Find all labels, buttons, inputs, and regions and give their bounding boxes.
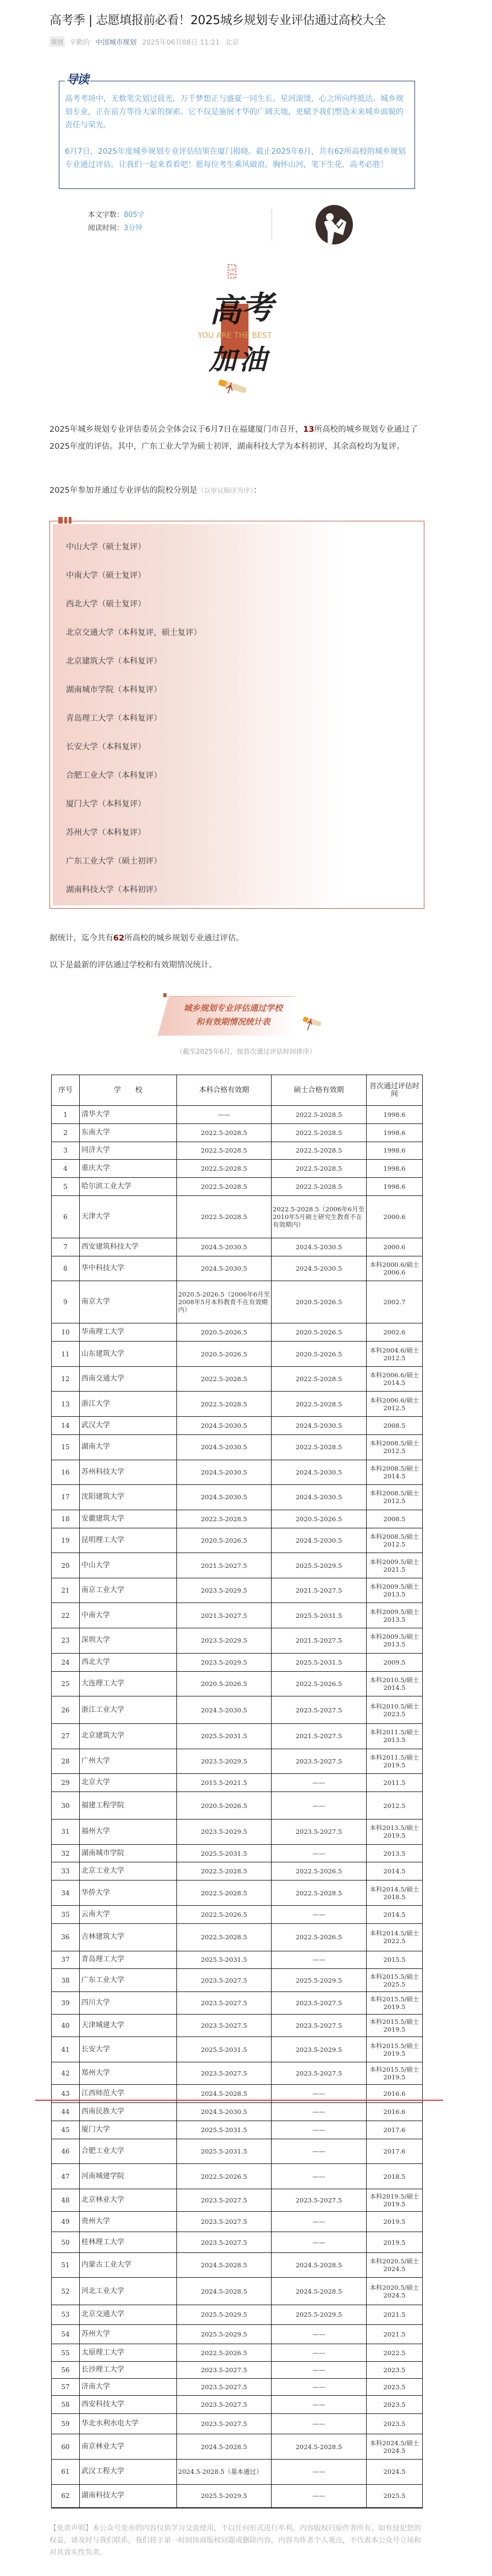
cell-first-pass: 2023.5 [367, 2396, 423, 2414]
cell-undergrad-validity: 2023.5-2029.5 [177, 1653, 272, 1671]
cell-undergrad-validity: 2020.5-2026.5（2006年6月至2008年5月本科教育不在有效期内） [177, 1281, 272, 1323]
cell-index: 2 [52, 1123, 80, 1142]
cell-first-pass: 2021.5 [367, 2305, 423, 2325]
cell-first-pass: 本科2020.5/硕士2024.5 [367, 2278, 423, 2305]
table-row: 54苏州大学2025.5-2029.5——2021.5 [52, 2324, 423, 2344]
table-caption: （截至2025年6月，按首次通过评估时间排序） [0, 1046, 492, 1057]
cell-master-validity: —— [272, 2459, 367, 2484]
table-row: 32湖南城市学院2025.5-2031.5——2013.5 [52, 1844, 423, 1862]
cell-first-pass: 2017.6 [367, 2139, 423, 2164]
stats-divider [272, 210, 272, 241]
cell-index: 1 [52, 1106, 80, 1124]
table-row: 8华中科技大学2024.5-2030.52024.5-2030.5本科2000.… [52, 1256, 423, 1281]
cell-index: 59 [52, 2414, 80, 2434]
cell-school: 济南大学 [80, 2379, 177, 2396]
cell-index: 10 [52, 1323, 80, 1342]
table-row: 3同济大学2022.5-2028.52022.5-2028.51998.6 [52, 1142, 423, 1160]
table-row: 35云南大学2022.5-2026.5——2014.5 [52, 1905, 423, 1923]
cell-school: 天津大学 [80, 1195, 177, 1238]
reading-stats: 本文字数：805字 阅读时间：3分钟 [88, 209, 145, 235]
list-item: 北京交通大学（本科复评，硕士复评） [66, 620, 421, 648]
table-row: 11山东建筑大学2020.5-2026.52020.5-2026.5本科2004… [52, 1342, 423, 1367]
cell-index: 44 [52, 2103, 80, 2121]
cell-school: 北京工业大学 [80, 1862, 177, 1880]
cell-master-validity: 2024.5-2030.5 [272, 1485, 367, 1510]
table-row: 49贵州大学2023.5-2027.5——2019.5 [52, 2212, 423, 2232]
cell-master-validity: 2024.5-2030.5 [272, 1238, 367, 1256]
table-row: 31福州大学2023.5-2029.52023.5-2027.5本科2013.5… [52, 1819, 423, 1844]
scroll-icon [302, 1010, 325, 1037]
cell-first-pass: 本科2014.5/硕士2018.5 [367, 1880, 423, 1906]
cell-first-pass: 本科2015.5/硕士2019.5 [367, 1991, 423, 2014]
banner-line-2: 和有效期情况统计表 [164, 1016, 302, 1028]
cell-first-pass: 1998.6 [367, 1142, 423, 1160]
cell-master-validity: 2025.5-2031.5 [272, 1603, 367, 1628]
cell-undergrad-validity: 2024.5-2028.5 [177, 2252, 272, 2278]
table-row: 13浙江大学2022.5-2028.52022.5-2028.5本科2006.6… [52, 1392, 423, 1417]
table-row: 46合肥工业大学2025.5-2031.5——2017.6 [52, 2139, 423, 2164]
reading-person-icon [314, 205, 354, 244]
cell-index: 26 [52, 1696, 80, 1724]
cell-first-pass: 本科2008.5/硕士2012.5 [367, 1485, 423, 1510]
cell-first-pass: 2012.5 [367, 1792, 423, 1820]
cell-first-pass: 本科2015.5/硕士2019.5 [367, 2062, 423, 2085]
table-row: 34华侨大学2022.5-2028.52022.5-2028.5本科2014.5… [52, 1880, 423, 1906]
cell-undergrad-validity: 2023.5-2027.5 [177, 2361, 272, 2378]
cell-first-pass: 本科2009.5/硕士2013.5 [367, 1628, 423, 1654]
cell-first-pass: 2022.5 [367, 2344, 423, 2361]
table-row: 21南京工业大学2023.5-2029.52021.5-2027.5本科2009… [52, 1578, 423, 1603]
cell-school: 武汉工程大学 [80, 2459, 177, 2484]
cell-school: 河南城建学院 [80, 2164, 177, 2189]
cell-undergrad-validity: 2020.5-2026.5 [177, 1323, 272, 1342]
cell-school: 天津城建大学 [80, 2015, 177, 2037]
table-intro: 以下是最新的评估通过学校和有效期情况统计。 [49, 957, 424, 974]
cell-undergrad-validity: —— [177, 1106, 272, 1124]
cell-school: 北京建筑大学 [80, 1724, 177, 1749]
cell-index: 30 [52, 1792, 80, 1820]
cell-first-pass: 本科2011.5/硕士2019.5 [367, 1749, 423, 1774]
table-row: 44西南民族大学2024.5-2030.5——2016.6 [52, 2103, 423, 2121]
cell-index: 47 [52, 2164, 80, 2189]
table-row: 20中山大学2021.5-2027.52025.5-2029.5本科2009.5… [52, 1553, 423, 1578]
table-row: 61武汉工程大学2024.5-2028.5（基本通过）——2024.5 [52, 2459, 423, 2484]
cell-school: 郑州大学 [80, 2062, 177, 2085]
table-row: 15湖南大学2024.5-2030.52022.5-2028.5本科2008.5… [52, 1434, 423, 1460]
cell-master-validity: —— [272, 2324, 367, 2344]
table-row: 30福建工程学院2020.5-2026.5——2012.5 [52, 1792, 423, 1820]
guide-paragraph: 6月7日，2025年度城乡规划专业评估结果在厦门揭晓。截止2025年6月，共有6… [65, 145, 409, 171]
highlight-total: 62 [113, 934, 124, 943]
cell-master-validity: —— [272, 2414, 367, 2434]
cell-school: 昆明理工大学 [80, 1528, 177, 1553]
svg-text:油: 油 [239, 343, 270, 376]
cell-first-pass: 本科2006.6/硕士2012.5 [367, 1392, 423, 1417]
cell-undergrad-validity: 2022.5-2028.5 [177, 1178, 272, 1196]
table-row: 50桂林理工大学2023.5-2027.5——2019.5 [52, 2232, 423, 2252]
table-row: 45厦门大学2025.5-2031.5——2017.6 [52, 2121, 423, 2139]
cell-index: 18 [52, 1510, 80, 1528]
cell-school: 华北水利水电大学 [80, 2414, 177, 2434]
cell-school: 河北工业大学 [80, 2278, 177, 2305]
cell-index: 55 [52, 2344, 80, 2361]
svg-text:YOU ARE THE BEST: YOU ARE THE BEST [197, 331, 272, 340]
table-row: 60南京林业大学2024.5-2028.52024.5-2028.5本科2024… [52, 2434, 423, 2460]
cell-school: 云南大学 [80, 1905, 177, 1923]
cell-master-validity: 2022.5-2026.5 [272, 1862, 367, 1880]
col-header-undergrad: 本科合格有效期 [177, 1075, 272, 1106]
cell-school: 苏州大学 [80, 2324, 177, 2344]
cell-index: 39 [52, 1991, 80, 2014]
table-row: 7西安建筑科技大学2024.5-2030.52024.5-2030.52000.… [52, 1238, 423, 1256]
cell-first-pass: 1998.6 [367, 1178, 423, 1196]
table-row: 40天津城建大学2023.5-2027.52023.5-2027.5本科2015… [52, 2015, 423, 2037]
cell-first-pass: 本科2013.5/硕士2019.5 [367, 1819, 423, 1844]
col-header-first-pass: 首次通过评估时间 [367, 1075, 423, 1106]
cell-master-validity: —— [272, 2396, 367, 2414]
table-row: 16苏州科技大学2024.5-2030.52024.5-2030.5本科2008… [52, 1460, 423, 1485]
table-row: 59华北水利水电大学2023.5-2027.5——2023.5 [52, 2414, 423, 2434]
cell-master-validity: 2024.5-2028.5 [272, 2252, 367, 2278]
cell-undergrad-validity: 2022.5-2028.5 [177, 1880, 272, 1906]
cell-index: 19 [52, 1528, 80, 1553]
cell-school: 北京交通大学 [80, 2305, 177, 2325]
cell-school: 四川大学 [80, 1991, 177, 2014]
cell-master-validity: 2022.5-2028.5 [272, 1392, 367, 1417]
table-row: 29北京大学2015.5-2021.5——2011.5 [52, 1774, 423, 1792]
cell-undergrad-validity: 2020.5-2026.5 [177, 1528, 272, 1553]
cell-first-pass: 2015.5 [367, 1951, 423, 1969]
table-row: 58西安科技大学2023.5-2027.5——2023.5 [52, 2396, 423, 2414]
author-name: 辛勤的 [69, 37, 90, 47]
cell-master-validity: 2022.5-2028.5 [272, 1366, 367, 1392]
list-item: 湖南科技大学（本科初评） [66, 877, 421, 905]
cell-school: 哈尔滨工业大学 [80, 1178, 177, 1196]
cell-undergrad-validity: 2024.5-2030.5 [177, 1485, 272, 1510]
cell-school: 苏州科技大学 [80, 1460, 177, 1485]
cell-undergrad-validity: 2024.5-2030.5 [177, 2103, 272, 2121]
cell-index: 15 [52, 1434, 80, 1460]
cell-undergrad-validity: 2022.5-2028.5 [177, 1195, 272, 1238]
cell-index: 7 [52, 1238, 80, 1256]
cell-first-pass: 2000.6 [367, 1195, 423, 1238]
cell-school: 内蒙古工业大学 [80, 2252, 177, 2278]
table-row: 9南京大学2020.5-2026.5（2006年6月至2008年5月本科教育不在… [52, 1281, 423, 1323]
cell-undergrad-validity: 2025.5-2029.5 [177, 2484, 272, 2508]
table-row: 12西南交通大学2022.5-2028.52022.5-2028.5本科2006… [52, 1366, 423, 1392]
cell-school: 西南民族大学 [80, 2103, 177, 2121]
cell-undergrad-validity: 2022.5-2028.5 [177, 1923, 272, 1951]
cell-first-pass: 本科2000.6/硕士2006.6 [367, 1256, 423, 1281]
cell-index: 4 [52, 1160, 80, 1178]
cell-undergrad-validity: 2023.5-2029.5 [177, 1749, 272, 1774]
svg-text:加: 加 [208, 343, 240, 376]
guide-box: 导读 高考考场中，无数笔尖划过晨光，万千梦想正与盛夏一同生长。星河滚烫，心之所向… [59, 81, 415, 189]
cell-undergrad-validity: 2023.5-2027.5 [177, 2212, 272, 2232]
cell-index: 50 [52, 2232, 80, 2252]
cell-first-pass: 本科2010.5/硕士2014.5 [367, 1671, 423, 1696]
cell-first-pass: 2011.5 [367, 1774, 423, 1792]
cell-index: 56 [52, 2361, 80, 2378]
article-title: 高考季 | 志愿填报前必看！2025城乡规划专业评估通过高校大全 [49, 12, 445, 30]
cell-undergrad-validity: 2022.5-2026.5 [177, 2164, 272, 2189]
cell-undergrad-validity: 2025.5-2029.5 [177, 2324, 272, 2344]
intro-paragraph: 2025年城乡规划专业评估委员会全体会议于6月7日在福建厦门市召开，13所高校的… [49, 421, 424, 455]
cell-first-pass: 2023.5 [367, 2379, 423, 2396]
table-body: 1清华大学——2022.5-2028.51998.62东南大学2022.5-20… [52, 1106, 423, 2508]
cell-index: 42 [52, 2062, 80, 2085]
read-time-row: 阅读时间：3分钟 [88, 222, 145, 235]
cell-master-validity: 2020.5-2026.5 [272, 1323, 367, 1342]
cell-first-pass: 2009.5 [367, 1653, 423, 1671]
cell-school: 华南理工大学 [80, 1323, 177, 1342]
col-header-school: 学 校 [80, 1075, 177, 1106]
hero-calligraphy-image: 心想 事成 高 考 YOU ARE THE BEST 加 油 [165, 264, 330, 401]
cell-index: 21 [52, 1578, 80, 1603]
table-row: 14武汉大学2024.5-2030.52024.5-2030.52008.5 [52, 1417, 423, 1435]
cell-index: 52 [52, 2278, 80, 2305]
cell-index: 23 [52, 1628, 80, 1654]
table-row: 52河北工业大学2024.5-2028.52024.5-2028.5本科2020… [52, 2278, 423, 2305]
list-item: 青岛理工大学（本科复评） [66, 705, 421, 734]
cell-first-pass: 本科2008.5/硕士2014.5 [367, 1460, 423, 1485]
cell-master-validity: 2023.5-2027.5 [272, 2015, 367, 2037]
cell-master-validity: 2022.5-2028.5 [272, 1123, 367, 1142]
cell-school: 重庆大学 [80, 1160, 177, 1178]
cell-master-validity: 2025.5-2029.5 [272, 2305, 367, 2325]
cell-master-validity: 2024.5-2030.5 [272, 1528, 367, 1553]
cell-index: 5 [52, 1178, 80, 1196]
cell-master-validity: 2022.5-2028.5 [272, 1106, 367, 1124]
cell-master-validity: —— [272, 2212, 367, 2232]
cell-first-pass: 2002.7 [367, 1281, 423, 1323]
cell-master-validity: —— [272, 2103, 367, 2121]
list-item: 中南大学（硕士复评） [66, 563, 421, 591]
cell-school: 大连理工大学 [80, 1671, 177, 1696]
list-item: 北京建筑大学（本科复评） [66, 648, 421, 677]
col-header-master: 硕士合格有效期 [272, 1075, 367, 1106]
cell-index: 38 [52, 1969, 80, 1991]
cell-master-validity: 2023.5-2027.5 [272, 1819, 367, 1844]
list-item: 合肥工业大学（本科复评） [66, 763, 421, 791]
cell-undergrad-validity: 2022.5-2028.5 [177, 1392, 272, 1417]
cell-first-pass: 本科2004.6/硕士2012.5 [367, 1342, 423, 1367]
cell-undergrad-validity: 2023.5-2027.5 [177, 2015, 272, 2037]
evaluation-table: 序号 学 校 本科合格有效期 硕士合格有效期 首次通过评估时间 1清华大学——2… [51, 1075, 423, 2508]
cell-index: 29 [52, 1774, 80, 1792]
cell-school: 武汉大学 [80, 1417, 177, 1435]
cell-undergrad-validity: 2025.5-2031.5 [177, 1844, 272, 1862]
cell-undergrad-validity: 2023.5-2029.5 [177, 1578, 272, 1603]
cell-undergrad-validity: 2025.5-2031.5 [177, 2037, 272, 2062]
cell-first-pass: 2023.5 [367, 2414, 423, 2434]
table-row: 28广州大学2023.5-2029.52023.5-2027.5本科2011.5… [52, 1749, 423, 1774]
red-annotation-line [35, 2100, 443, 2101]
cell-undergrad-validity: 2022.5-2028.5 [177, 1123, 272, 1142]
table-row: 27北京建筑大学2025.5-2031.52021.5-2027.5本科2011… [52, 1724, 423, 1749]
cell-school: 沈阳建筑大学 [80, 1485, 177, 1510]
cell-school: 合肥工业大学 [80, 2139, 177, 2164]
cell-master-validity: 2025.5-2029.5 [272, 1969, 367, 1991]
cell-school: 西安科技大学 [80, 2396, 177, 2414]
cell-school: 湖南城市学院 [80, 1844, 177, 1862]
cell-school: 贵州大学 [80, 2212, 177, 2232]
cell-school: 华中科技大学 [80, 1256, 177, 1281]
cell-undergrad-validity: 2024.5-2030.5 [177, 1460, 272, 1485]
cell-index: 37 [52, 1951, 80, 1969]
cell-master-validity: —— [272, 2484, 367, 2508]
cell-master-validity: —— [272, 2361, 367, 2378]
cell-master-validity: —— [272, 1844, 367, 1862]
cell-undergrad-validity: 2023.5-2027.5 [177, 2414, 272, 2434]
banner-line-1: 城乡规划专业评估通过学校 [164, 1002, 302, 1014]
cell-first-pass: 本科2010.5/硕士2023.5 [367, 1696, 423, 1724]
table-row: 10华南理工大学2020.5-2026.52020.5-2026.52002.6 [52, 1323, 423, 1342]
cell-school: 湖南科技大学 [80, 2484, 177, 2508]
cell-index: 58 [52, 2396, 80, 2414]
cell-undergrad-validity: 2024.5-2030.5 [177, 1434, 272, 1460]
cell-index: 40 [52, 2015, 80, 2037]
cell-undergrad-validity: 2025.5-2031.5 [177, 1951, 272, 1969]
highlight-count: 13 [303, 425, 314, 434]
cell-undergrad-validity: 2022.5-2028.5 [177, 1862, 272, 1880]
svg-text:心想: 心想 [229, 268, 235, 272]
cell-school: 安徽建筑大学 [80, 1510, 177, 1528]
cell-master-validity: —— [272, 2344, 367, 2361]
table-row: 47河南城建学院2022.5-2026.5——2018.5 [52, 2164, 423, 2189]
cell-first-pass: 本科2008.5/硕士2012.5 [367, 1434, 423, 1460]
cell-first-pass: 1998.6 [367, 1123, 423, 1142]
cell-master-validity: 2020.5-2026.5 [272, 1510, 367, 1528]
cell-index: 9 [52, 1281, 80, 1323]
cell-first-pass: 本科2011.5/硕士2013.5 [367, 1724, 423, 1749]
cell-school: 清华大学 [80, 1106, 177, 1124]
cell-school: 长沙理工大学 [80, 2361, 177, 2378]
cell-school: 中南大学 [80, 1603, 177, 1628]
table-title-banner: 城乡规划专业评估通过学校 和有效期情况统计表 [158, 992, 334, 1044]
cell-first-pass: 1998.6 [367, 1106, 423, 1124]
cell-master-validity: —— [272, 1792, 367, 1820]
cell-index: 41 [52, 2037, 80, 2062]
cell-master-validity: 2022.5-2026.5 [272, 1923, 367, 1951]
cell-undergrad-validity: 2023.5-2027.5 [177, 2232, 272, 2252]
cell-undergrad-validity: 2023.5-2027.5 [177, 2189, 272, 2212]
cell-index: 49 [52, 2212, 80, 2232]
cell-master-validity: 2023.5-2027.5 [272, 1696, 367, 1724]
cell-undergrad-validity: 2020.5-2026.5 [177, 1342, 272, 1367]
cell-first-pass: 2025.5 [367, 2484, 423, 2508]
publish-datetime: 2025年06月08日 11:21 [142, 37, 220, 47]
read-time-value: 3分钟 [124, 224, 142, 232]
cell-master-validity: —— [272, 2139, 367, 2164]
cell-master-validity: 2024.5-2028.5 [272, 2434, 367, 2460]
cell-school: 南京工业大学 [80, 1578, 177, 1603]
cell-index: 12 [52, 1366, 80, 1392]
cell-school: 同济大学 [80, 1142, 177, 1160]
table-row: 48北京林业大学2023.5-2027.52023.5-2027.5本科2019… [52, 2189, 423, 2212]
cell-master-validity: 2023.5-2027.5 [272, 1991, 367, 2014]
cell-first-pass: 2002.6 [367, 1323, 423, 1342]
cell-first-pass: 本科2024.5/硕士2024.5 [367, 2434, 423, 2460]
cell-school: 南京大学 [80, 1281, 177, 1323]
cell-undergrad-validity: 2025.5-2029.5 [177, 2305, 272, 2325]
cell-master-validity: —— [272, 1905, 367, 1923]
cell-school: 东南大学 [80, 1123, 177, 1142]
disclaimer: 【免责声明】本公众号发布的内容仅供学习交流使用，不以任何形式进行牟利。内容版权归… [49, 2523, 424, 2559]
cell-undergrad-validity: 2023.5-2027.5 [177, 1969, 272, 1991]
cell-master-validity: 2023.5-2029.5 [272, 2037, 367, 2062]
cell-school: 青岛理工大学 [80, 1951, 177, 1969]
cell-undergrad-validity: 2024.5-2028.5 [177, 2434, 272, 2460]
table-row: 19昆明理工大学2020.5-2026.52024.5-2030.5本科2008… [52, 1528, 423, 1553]
cell-master-validity: —— [272, 2164, 367, 2189]
cell-undergrad-validity: 2015.5-2021.5 [177, 1774, 272, 1792]
cell-first-pass: 2016.6 [367, 2103, 423, 2121]
cell-master-validity: 2023.5-2027.5 [272, 1749, 367, 1774]
cell-first-pass: 2021.5 [367, 2324, 423, 2344]
cell-first-pass: 2024.5 [367, 2459, 423, 2484]
cell-first-pass: 本科2009.5/硕士2013.5 [367, 1603, 423, 1628]
cell-master-validity: —— [272, 1774, 367, 1792]
cell-master-validity: 2025.5-2029.5 [272, 1553, 367, 1578]
cell-school: 长安大学 [80, 2037, 177, 2062]
cell-undergrad-validity: 2024.5-2030.5 [177, 1417, 272, 1435]
table-row: 55太原理工大学2022.5-2026.5——2022.5 [52, 2344, 423, 2361]
table-row: 39四川大学2023.5-2027.52023.5-2027.5本科2015.5… [52, 1991, 423, 2014]
cell-master-validity: 2023.5-2027.5 [272, 2189, 367, 2212]
cell-index: 22 [52, 1603, 80, 1628]
cell-index: 57 [52, 2379, 80, 2396]
cell-undergrad-validity: 2024.5-2028.5（基本通过） [177, 2459, 272, 2484]
cell-undergrad-validity: 2024.5-2028.5 [177, 2278, 272, 2305]
word-count-row: 本文字数：805字 [88, 209, 145, 222]
cell-master-validity: 2020.5-2026.5 [272, 1342, 367, 1367]
cell-master-validity: —— [272, 2379, 367, 2396]
cell-first-pass: 2000.6 [367, 1238, 423, 1256]
cell-undergrad-validity: 2022.5-2026.5 [177, 2344, 272, 2361]
cell-first-pass: 2023.5 [367, 2361, 423, 2378]
cell-index: 3 [52, 1142, 80, 1160]
cell-index: 25 [52, 1671, 80, 1696]
cell-undergrad-validity: 2024.5-2030.5 [177, 1238, 272, 1256]
cell-first-pass: 2013.5 [367, 1844, 423, 1862]
cell-undergrad-validity: 2025.5-2031.5 [177, 2139, 272, 2164]
table-row: 23深圳大学2023.5-2029.52021.5-2027.5本科2009.5… [52, 1628, 423, 1654]
cell-undergrad-validity: 2025.5-2031.5 [177, 2121, 272, 2139]
account-link[interactable]: 中国城市规划 [96, 37, 137, 47]
svg-text:事成: 事成 [229, 272, 235, 276]
cell-index: 27 [52, 1724, 80, 1749]
table-row: 6天津大学2022.5-2028.52022.5-2028.5（2006年6月至… [52, 1195, 423, 1238]
cell-first-pass: 本科2015.5/硕士2025.5 [367, 1969, 423, 1991]
cell-master-validity: 2021.5-2027.5 [272, 1724, 367, 1749]
cell-school: 西南交通大学 [80, 1366, 177, 1392]
cell-undergrad-validity: 2023.5-2027.5 [177, 1991, 272, 2014]
table-row: 22中南大学2021.5-2027.52025.5-2031.5本科2009.5… [52, 1603, 423, 1628]
cell-index: 45 [52, 2121, 80, 2139]
cell-master-validity: 2021.5-2027.5 [272, 1578, 367, 1603]
table-row: 62湖南科技大学2025.5-2029.5——2025.5 [52, 2484, 423, 2508]
cell-master-validity: 2024.5-2030.5 [272, 1417, 367, 1435]
cell-first-pass: 2019.5 [367, 2212, 423, 2232]
cell-master-validity: —— [272, 2232, 367, 2252]
cell-school: 桂林理工大学 [80, 2232, 177, 2252]
cell-first-pass: 1998.6 [367, 1160, 423, 1178]
cell-index: 62 [52, 2484, 80, 2508]
cell-first-pass: 本科2019.5/硕士2019.5 [367, 2189, 423, 2212]
cell-undergrad-validity: 2024.5-2030.5 [177, 1696, 272, 1724]
cell-school: 湖南大学 [80, 1434, 177, 1460]
